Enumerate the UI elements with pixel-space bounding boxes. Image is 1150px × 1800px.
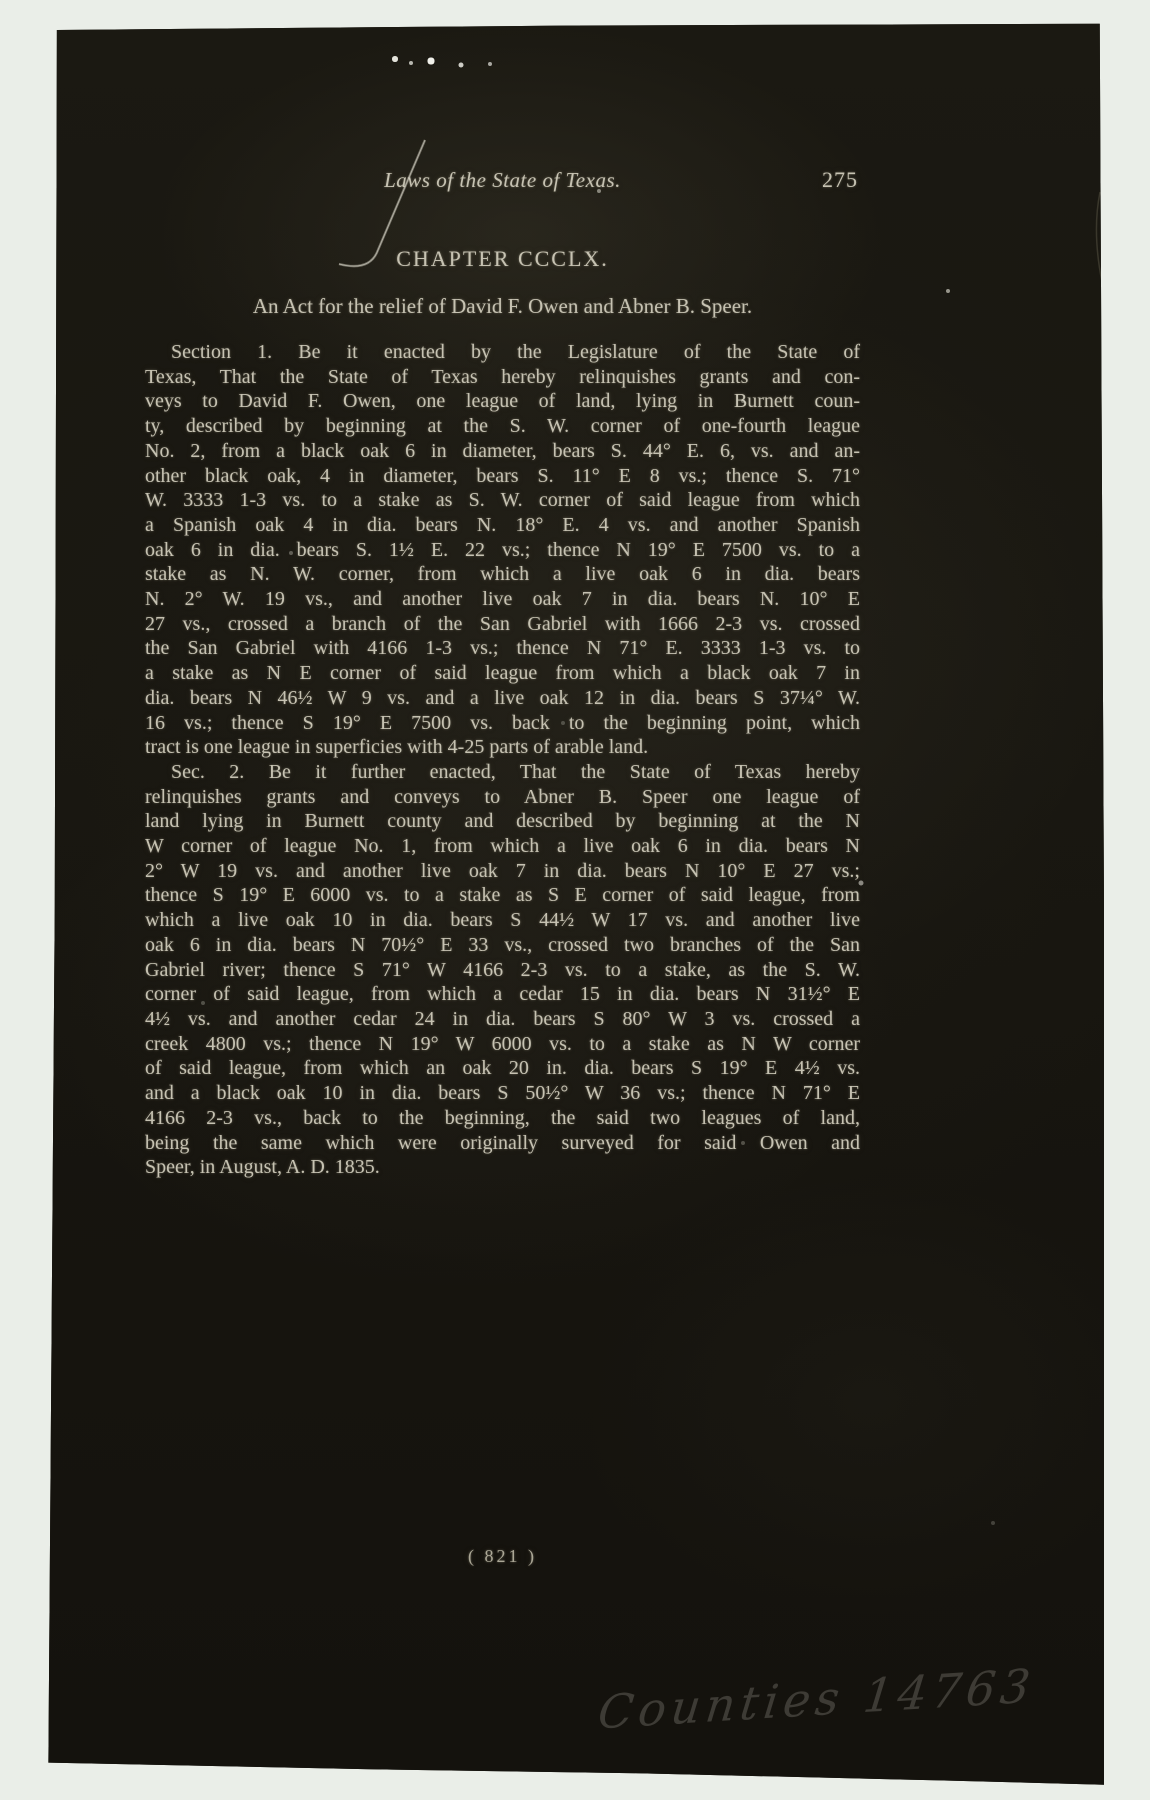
text-line: W. 3333 1-3 vs. to a stake as S. W. corn… [145, 488, 860, 513]
text-line: veys to David F. Owen, one league of lan… [145, 389, 860, 414]
section-1-paragraph: Section 1. Be it enacted by the Legislat… [145, 340, 860, 760]
text-line: the San Gabriel with 4166 1-3 vs.; thenc… [145, 636, 860, 661]
text-line: Section 1. Be it enacted by the Legislat… [145, 340, 860, 365]
text-line: other black oak, 4 in diameter, bears S.… [145, 464, 860, 489]
text-line: of said league, from which an oak 20 in.… [145, 1056, 860, 1081]
scanned-document-page: Laws of the State of Texas. 275 CHAPTER … [42, 22, 1104, 1790]
text-line: being the same which were originally sur… [145, 1131, 860, 1156]
text-line: oak 6 in dia. bears S. 1½ E. 22 vs.; the… [145, 538, 860, 563]
text-line: Texas, That the State of Texas hereby re… [145, 365, 860, 390]
text-line: stake as N. W. corner, from which a live… [145, 562, 860, 587]
act-title: An Act for the relief of David F. Owen a… [145, 294, 860, 319]
text-line: a Spanish oak 4 in dia. bears N. 18° E. … [145, 513, 860, 538]
text-line: 16 vs.; thence S 19° E 7500 vs. back to … [145, 711, 860, 736]
dust-specks [42, 22, 44, 24]
text-line: ty, described by beginning at the S. W. … [145, 414, 860, 439]
text-line: oak 6 in dia. bears N 70½° E 33 vs., cro… [145, 933, 860, 958]
text-line: Sec. 2. Be it further enacted, That the … [145, 760, 860, 785]
text-line: 27 vs., crossed a branch of the San Gabr… [145, 612, 860, 637]
text-line: tract is one league in superficies with … [145, 735, 860, 760]
text-line: a stake as N E corner of said league fro… [145, 661, 860, 686]
footer-folio: ( 821 ) [145, 1546, 860, 1567]
page-header: Laws of the State of Texas. 275 [145, 168, 860, 198]
text-line: 4166 2-3 vs., back to the beginning, the… [145, 1106, 860, 1131]
text-line: and a black oak 10 in dia. bears S 50½° … [145, 1081, 860, 1106]
text-line: No. 2, from a black oak 6 in diameter, b… [145, 439, 860, 464]
act-body: Section 1. Be it enacted by the Legislat… [145, 340, 860, 1180]
text-line: W corner of league No. 1, from which a l… [145, 834, 860, 859]
text-line: corner of said league, from which a ceda… [145, 982, 860, 1007]
page-content: Laws of the State of Texas. 275 CHAPTER … [42, 22, 1104, 1790]
text-line: N. 2° W. 19 vs., and another live oak 7 … [145, 587, 860, 612]
text-line: 4½ vs. and another cedar 24 in dia. bear… [145, 1007, 860, 1032]
text-line: thence S 19° E 6000 vs. to a stake as S … [145, 883, 860, 908]
chapter-heading: CHAPTER CCCLX. [145, 246, 860, 272]
page-number: 275 [822, 167, 858, 193]
text-line: creek 4800 vs.; thence N 19° W 6000 vs. … [145, 1032, 860, 1057]
running-title: Laws of the State of Texas. [145, 168, 860, 193]
text-line: 2° W 19 vs. and another live oak 7 in di… [145, 859, 860, 884]
text-line: dia. bears N 46½ W 9 vs. and a live oak … [145, 686, 860, 711]
text-line: Speer, in August, A. D. 1835. [145, 1155, 860, 1180]
text-line: relinquishes grants and conveys to Abner… [145, 785, 860, 810]
text-line: Gabriel river; thence S 71° W 4166 2-3 v… [145, 958, 860, 983]
text-line: which a live oak 10 in dia. bears S 44½ … [145, 908, 860, 933]
text-line: land lying in Burnett county and describ… [145, 809, 860, 834]
section-2-paragraph: Sec. 2. Be it further enacted, That the … [145, 760, 860, 1180]
